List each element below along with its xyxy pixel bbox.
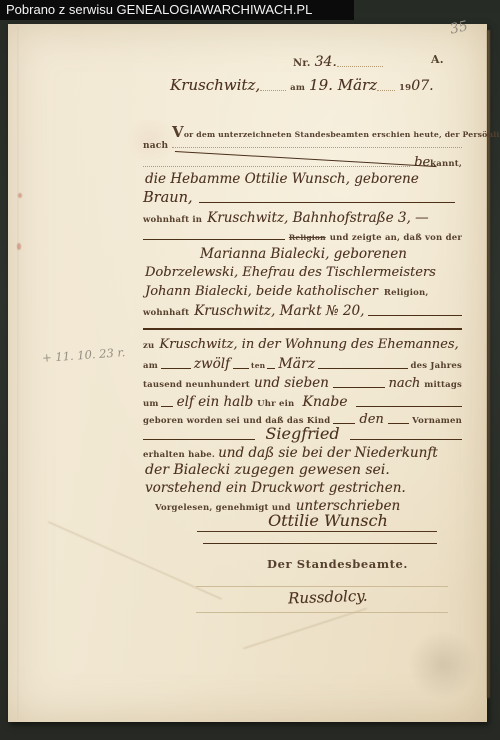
year-words-handwritten: und sieben — [254, 375, 329, 391]
erhalten-label: erhalten habe. — [143, 450, 215, 460]
blank-line — [172, 147, 462, 148]
closing-rule — [203, 543, 437, 544]
filled-rule — [161, 406, 173, 407]
zu-label: zu — [143, 341, 154, 351]
intro-printed-line: Vor dem unterzeichneten Standesbeamten e… — [172, 123, 500, 141]
blank-line — [260, 90, 286, 91]
month-handwritten: März — [278, 356, 315, 372]
year-handwritten: 07. — [411, 78, 433, 94]
registrar-signature: Russdolcy. — [288, 587, 368, 608]
des-jahres-label: des Jahres — [411, 361, 462, 371]
filled-rule — [318, 368, 407, 369]
place-date-row: Kruschwitz, am 19. März 19 07. — [170, 76, 438, 94]
registrar-label: Der Standesbeamte. — [267, 557, 408, 571]
faint-line — [196, 586, 448, 587]
birthyear-row: tausend neunhundert und sieben nach mitt… — [143, 375, 462, 391]
mother-line1: Marianna Bialecki, geborenen — [200, 246, 407, 262]
kannt-label: kannt, — [430, 159, 462, 169]
uhr-ein-label: Uhr ein — [257, 399, 294, 409]
blank-line — [143, 166, 410, 167]
surname-handwritten: Braun, — [143, 190, 193, 206]
wohnhaft-in-label: wohnhaft in — [143, 215, 202, 225]
birthdate-row: am zwölf ten März des Jahres — [143, 356, 462, 372]
blank-line — [377, 90, 395, 91]
record-number-row: Nr. 34. — [293, 54, 383, 70]
mother-line3: Johann Bialecki, beide katholischer — [145, 284, 378, 299]
time-handwritten: elf ein halb — [177, 394, 254, 410]
bekannt-row: be kannt, — [143, 155, 462, 170]
be-handwritten: be — [414, 155, 430, 170]
birthtime-row: um elf ein halb Uhr ein Knabe — [143, 394, 462, 410]
filled-rule — [368, 315, 462, 316]
section-rule — [143, 328, 462, 330]
filled-rule — [143, 439, 255, 440]
year-printed-prefix: 19 — [399, 83, 411, 93]
mother-line3-row: Johann Bialecki, beide katholischer Reli… — [145, 284, 462, 299]
record-number: 34. — [315, 54, 337, 70]
residence2-row: wohnhaft Kruschwitz, Markt № 20, — [143, 303, 462, 319]
zeigte-label: und zeigte an, daß von der — [330, 233, 462, 243]
religion-label: Religion, — [384, 288, 429, 298]
mittags-label: mittags — [424, 380, 462, 390]
form-letter: A. — [431, 53, 444, 66]
filled-rule — [350, 439, 462, 440]
filled-rule — [233, 368, 249, 369]
blank-line — [337, 66, 383, 67]
child-sex-handwritten: Knabe — [302, 394, 347, 410]
struck-blank — [143, 239, 285, 240]
mother-line2: Dobrzelewski, Ehefrau des Tischlermeiste… — [145, 265, 436, 280]
child-name-row: Siegfried — [143, 424, 462, 443]
child-name-handwritten: Siegfried — [265, 424, 339, 443]
ten-label: ten — [251, 361, 265, 370]
am-label2: am — [143, 361, 158, 371]
address1-handwritten: Kruschwitz, Bahnhofstraße 3, — — [207, 210, 428, 226]
vertical-crease — [17, 26, 19, 720]
day-handwritten: zwölf — [194, 356, 230, 372]
residence1-row: wohnhaft in Kruschwitz, Bahnhofstraße 3,… — [143, 210, 429, 226]
filled-rule — [333, 387, 385, 388]
filled-rule — [199, 202, 455, 203]
nach-handwritten: nach — [389, 376, 421, 391]
um-label: um — [143, 399, 159, 409]
note1-handwritten: und daß sie bei der Niederkunft — [218, 445, 438, 461]
am-label: am — [290, 83, 305, 93]
tausend-label: tausend neunhundert — [143, 380, 250, 390]
filled-rule — [161, 368, 191, 369]
scanned-record-view: Pobrano z serwisu GENEALOGIAWARCHIWACH.P… — [0, 0, 500, 740]
erhalten-row: erhalten habe. und daß sie bei der Niede… — [143, 445, 438, 461]
religion-struck-label: Religion — [289, 233, 326, 242]
address2-handwritten: Kruschwitz, Markt № 20, — [194, 303, 364, 319]
nr-label: Nr. — [293, 58, 311, 69]
place-handwritten: Kruschwitz, — [170, 76, 260, 94]
birthplace-row: zu Kruschwitz, in der Wohnung des Eheman… — [143, 337, 459, 352]
filled-rule — [267, 368, 275, 369]
nach-label: nach — [143, 141, 168, 151]
ink-spot — [17, 243, 21, 250]
stain — [120, 120, 180, 160]
nach-row: nach — [143, 141, 462, 151]
watermark-text: Pobrano z serwisu GENEALOGIAWARCHIWACH.P… — [6, 2, 312, 17]
birthplace-handwritten: Kruschwitz, in der Wohnung des Ehemannes… — [159, 337, 458, 352]
stain — [408, 630, 478, 700]
declarant-signature: Ottilie Wunsch — [268, 511, 388, 530]
note2-handwritten: der Bialecki zugegen gewesen sei. — [145, 462, 390, 478]
date-handwritten: 19. März — [309, 76, 377, 94]
ink-spot — [18, 193, 22, 198]
declarant-line: die Hebamme Ottilie Wunsch, geborene — [145, 171, 419, 187]
watermark-bar: Pobrano z serwisu GENEALOGIAWARCHIWACH.P… — [0, 0, 354, 20]
religion-struck-row: Religion und zeigte an, daß von der — [143, 233, 462, 243]
note3-handwritten: vorstehend ein Druckwort gestrichen. — [145, 480, 406, 496]
wohnhaft-label: wohnhaft — [143, 308, 189, 318]
signature-rule — [197, 531, 437, 532]
surname-row: Braun, — [143, 190, 455, 206]
faint-line — [196, 612, 448, 613]
filled-rule — [356, 406, 463, 407]
